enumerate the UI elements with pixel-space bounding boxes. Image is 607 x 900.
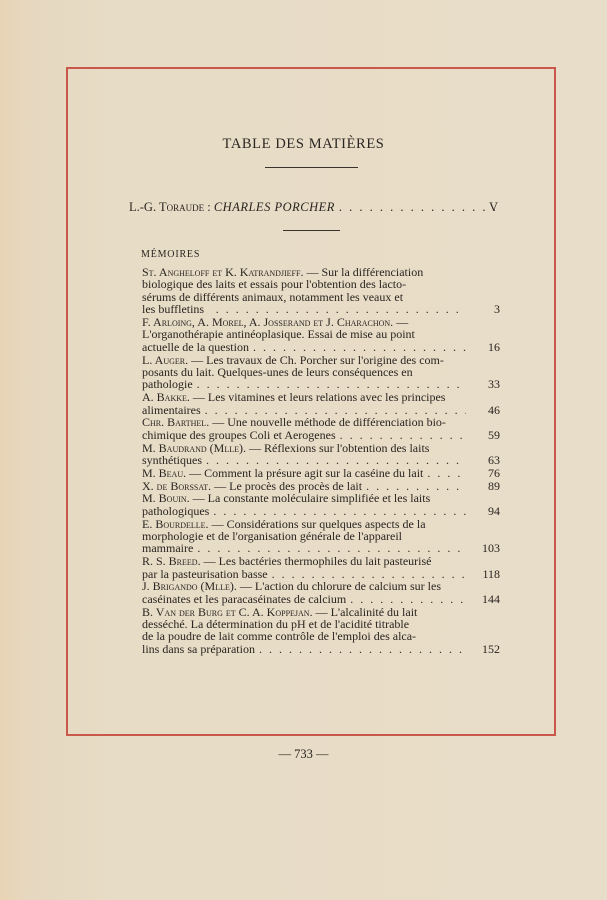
leader-dots — [366, 480, 466, 492]
toc-entries: St. Angheloff et K. Katrandjieff. — Sur … — [142, 266, 500, 656]
entry-text: chimique des groupes Coli et Aerogenes — [166, 429, 336, 441]
toc-entry: X. de Borssat. — Le procès des procès de… — [142, 480, 500, 492]
entry-text: sérums de différents animaux, notamment … — [166, 291, 500, 303]
leader-dots — [197, 542, 466, 554]
leader-dots — [216, 303, 466, 315]
toc-entry: A. Bakke. — Les vitamines et leurs relat… — [142, 391, 500, 416]
entry-text: les buffletins — [166, 303, 212, 315]
toc-entry: St. Angheloff et K. Katrandjieff. — Sur … — [142, 266, 500, 316]
entry-page-number: 94 — [474, 505, 500, 517]
toc-entry: M. Bouin. — La constante moléculaire sim… — [142, 492, 500, 517]
entry-text: de la poudre de lait comme contrôle de l… — [166, 630, 500, 642]
entry-page-number: 3 — [474, 303, 500, 315]
entry-text: synthétiques — [166, 454, 202, 466]
toc-entry: R. S. Breed. — Les bactéries thermophile… — [142, 555, 500, 580]
toc-entry: Chr. Barthel. — Une nouvelle méthode de … — [142, 416, 500, 441]
toc-entry: J. Brigando (Mlle). — L'action du chloru… — [142, 580, 500, 605]
title-divider — [265, 167, 358, 168]
entry-page-number: 46 — [474, 404, 500, 416]
entry-page-number: 144 — [474, 593, 500, 605]
toc-entry: L. Auger. — Les travaux de Ch. Porcher s… — [142, 354, 500, 391]
page-number-footer: — 733 — — [0, 747, 607, 762]
entry-text: posants du lait. Quelques-unes de leurs … — [166, 366, 500, 378]
entry-text: biologique des laits et essais pour l'ob… — [166, 278, 500, 290]
leader-dots — [259, 643, 466, 655]
leader-dots — [206, 454, 466, 466]
leader-dots — [253, 341, 466, 353]
toc-entry: M. Baudrand (Mlle). — Réflexions sur l'o… — [142, 442, 500, 467]
front-matter-work: CHARLES PORCHER — [214, 200, 335, 215]
entry-page-number: 118 — [474, 568, 500, 580]
entry-text: — Les vitamines et leurs relations avec … — [193, 390, 446, 404]
entry-text: actuelle de la question — [166, 341, 249, 353]
leader-dots — [427, 467, 466, 479]
entry-text: pathologiques — [166, 505, 209, 517]
leader-dots — [197, 378, 466, 390]
entry-text: pathologie — [166, 378, 193, 390]
section-heading: MÉMOIRES — [141, 249, 200, 260]
entry-text: L'organothérapie antinéoplasique. Essai … — [166, 328, 500, 340]
section-divider — [283, 230, 340, 231]
front-matter-author: L.-G. Toraude : — [129, 200, 211, 215]
entry-text: alimentaires — [166, 404, 201, 416]
entry-page-number: 103 — [474, 542, 500, 554]
leader-dots — [340, 429, 466, 441]
leader-dots — [272, 568, 466, 580]
entry-text: — La constante moléculaire simplifiée et… — [193, 491, 431, 505]
entry-text: mammaire — [166, 542, 193, 554]
leader-dots — [213, 505, 466, 517]
toc-entry: B. Van der Burg et C. A. Koppejan. — L'a… — [142, 606, 500, 656]
entry-text: lins dans sa préparation — [166, 643, 255, 655]
leader-dots — [350, 593, 466, 605]
entry-page-number: 33 — [474, 378, 500, 390]
entry-text: caséinates et les paracaséinates de calc… — [166, 593, 346, 605]
front-matter-entry: L.-G. Toraude : CHARLES PORCHER . . . . … — [129, 200, 499, 215]
leader-dots — [205, 404, 466, 416]
entry-page-number: 63 — [474, 454, 500, 466]
entry-text: — Réflexions sur l'obtention des laits — [249, 441, 429, 455]
toc-entry: E. Bourdelle. — Considérations sur quelq… — [142, 518, 500, 555]
entry-text: morphologie et de l'organisation général… — [166, 530, 500, 542]
page-title: TABLE DES MATIÈRES — [0, 136, 607, 153]
entry-page-number: 152 — [474, 643, 500, 655]
entry-page-number: 59 — [474, 429, 500, 441]
front-matter-page: V — [489, 200, 498, 215]
entry-text: par la pasteurisation basse — [166, 568, 268, 580]
leader-dots: . . . . . . . . . . . . . . . . . . . . … — [339, 200, 495, 215]
entry-page-number: 89 — [474, 480, 500, 492]
entry-page-number: 16 — [474, 341, 500, 353]
toc-entry: F. Arloing, A. Morel, A. Josserand et J.… — [142, 316, 500, 353]
entry-page-number: 76 — [474, 467, 500, 479]
toc-entry: M. Beau. — Comment la présure agit sur l… — [142, 467, 500, 479]
